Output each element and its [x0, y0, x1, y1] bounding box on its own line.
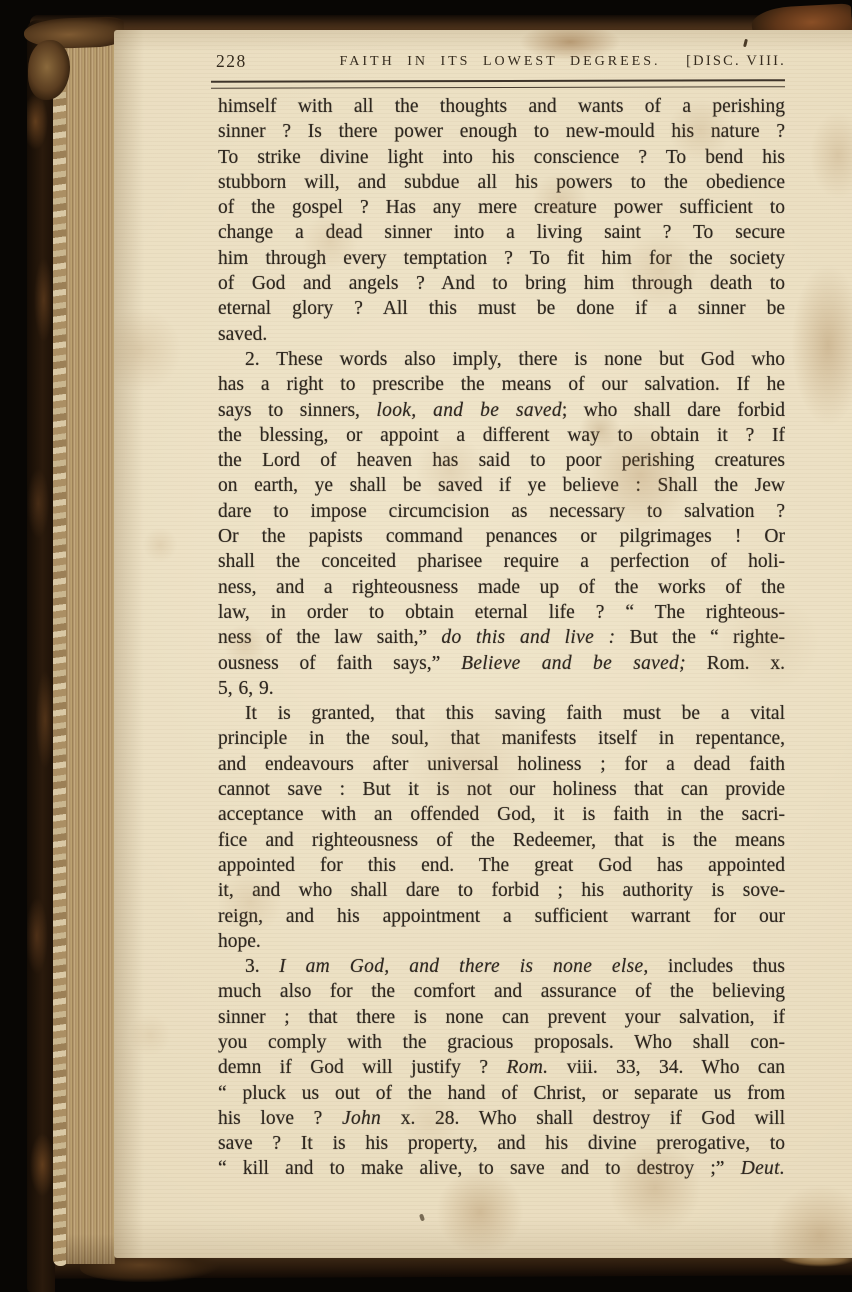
- text-line: stubborn will, and subdue all his powers…: [218, 170, 785, 195]
- text-run: law, in order to obtain eternal life ? “…: [218, 602, 785, 623]
- text-line: has a right to prescribe the means of ou…: [218, 372, 785, 397]
- text-run: of the gospel ? Has any mere creature po…: [218, 197, 785, 218]
- text-line: principle in the soul, that manifests it…: [218, 726, 785, 751]
- text-run: appointed for this end. The great God ha…: [218, 855, 785, 876]
- text-line: sinner ? Is there power enough to new-mo…: [218, 119, 785, 144]
- text-run: and endeavours after universal holiness …: [218, 754, 785, 775]
- text-run: includes thus: [649, 956, 785, 977]
- text-line: “ pluck us out of the hand of Christ, or…: [218, 1081, 785, 1106]
- text-line: 3. I am God, and there is none else, inc…: [218, 954, 785, 979]
- text-run: Or the papists command penances or pilgr…: [218, 526, 785, 547]
- text-line: change a dead sinner into a living saint…: [218, 220, 785, 245]
- text-line: cannot save : But it is not our holiness…: [218, 777, 785, 802]
- page-fore-edge: [66, 26, 115, 1264]
- text-line: 5, 6, 9.: [218, 676, 785, 701]
- text-run: demn if God will justify ?: [218, 1057, 507, 1078]
- text-line: shall the conceited pharisee require a p…: [218, 549, 785, 574]
- text-line: ousness of faith says,” Believe and be s…: [218, 651, 785, 676]
- text-run: himself with all the thoughts and wants …: [218, 96, 785, 117]
- text-run: sinner ? Is there power enough to new-mo…: [218, 121, 785, 142]
- text-line: hope.: [218, 929, 785, 954]
- text-line: of the gospel ? Has any mere creature po…: [218, 195, 785, 220]
- text-run: 5, 6, 9.: [218, 678, 274, 699]
- text-line: save ? It is his property, and his divin…: [218, 1131, 785, 1156]
- text-run: ness of the law saith,”: [218, 627, 441, 648]
- text-line: 2. These words also imply, there is none…: [218, 347, 785, 372]
- text-run: saved.: [218, 324, 267, 345]
- header-rule: [211, 79, 785, 89]
- text-run: To strike divine light into his conscien…: [218, 147, 785, 168]
- text-run: hope.: [218, 931, 261, 952]
- text-run: stubborn will, and subdue all his powers…: [218, 172, 785, 193]
- text-line: it, and who shall dare to forbid ; his a…: [218, 878, 785, 903]
- text-run: cannot save : But it is not our holiness…: [218, 779, 785, 800]
- italic-text-run: John: [342, 1108, 381, 1129]
- page-header: 228 FAITH IN ITS LOWEST DEGREES. [DISC. …: [214, 51, 786, 75]
- text-run: “ pluck us out of the hand of Christ, or…: [218, 1083, 785, 1104]
- text-run: x. 28. Who shall destroy if God will: [381, 1108, 785, 1129]
- text-line: ness of the law saith,” do this and live…: [218, 625, 785, 650]
- text-run: his love ?: [218, 1108, 342, 1129]
- text-run: the Lord of heaven has said to poor peri…: [218, 450, 785, 471]
- text-line: sinner ; that there is none can prevent …: [218, 1005, 785, 1030]
- book-spine-leather: [27, 20, 55, 1292]
- text-line: on earth, ye shall be saved if ye believ…: [218, 473, 785, 498]
- text-run: viii. 33, 34. Who can: [548, 1057, 785, 1078]
- text-line: much also for the comfort and assurance …: [218, 979, 785, 1004]
- text-run: dare to impose circumcision as necessary…: [218, 501, 785, 522]
- text-line: eternal glory ? All this must be done if…: [218, 296, 785, 321]
- section-label: [DISC. VIII.: [686, 53, 786, 70]
- text-line: saved.: [218, 322, 785, 347]
- text-run: save ? It is his property, and his divin…: [218, 1133, 785, 1154]
- text-run: reign, and his appointment a sufficient …: [218, 906, 785, 927]
- text-line: of God and angels ? And to bring him thr…: [218, 271, 785, 296]
- page-number: 228: [216, 51, 247, 72]
- text-run: it, and who shall dare to forbid ; his a…: [218, 880, 785, 901]
- text-line: law, in order to obtain eternal life ? “…: [218, 600, 785, 625]
- text-line: “ kill and to make alive, to save and to…: [218, 1156, 785, 1181]
- text-run: change a dead sinner into a living saint…: [218, 222, 785, 243]
- text-run: the blessing, or appoint a different way…: [218, 425, 785, 446]
- italic-text-run: Rom.: [507, 1057, 549, 1078]
- ink-speck: [419, 1214, 425, 1222]
- text-line: Or the papists command penances or pilgr…: [218, 524, 785, 549]
- text-line: demn if God will justify ? Rom. viii. 33…: [218, 1055, 785, 1080]
- text-run: 2. These words also imply, there is none…: [245, 349, 785, 370]
- italic-text-run: look, and be saved: [376, 400, 561, 421]
- text-run: eternal glory ? All this must be done if…: [218, 298, 785, 319]
- text-run: him through every temptation ? To fit hi…: [218, 248, 785, 269]
- text-run: ousness of faith says,”: [218, 653, 461, 674]
- text-line: and endeavours after universal holiness …: [218, 752, 785, 777]
- text-run: 3.: [245, 956, 279, 977]
- book-page: 228 FAITH IN ITS LOWEST DEGREES. [DISC. …: [114, 30, 852, 1258]
- text-line: him through every temptation ? To fit hi…: [218, 246, 785, 271]
- text-run: of God and angels ? And to bring him thr…: [218, 273, 785, 294]
- text-run: It is granted, that this saving faith mu…: [245, 703, 785, 724]
- text-line: himself with all the thoughts and wants …: [218, 94, 785, 119]
- text-run: ness, and a righteousness made up of the…: [218, 577, 785, 598]
- text-line: To strike divine light into his conscien…: [218, 145, 785, 170]
- text-run: says to sinners,: [218, 400, 376, 421]
- text-run: Rom. x.: [686, 653, 785, 674]
- text-run: much also for the comfort and assurance …: [218, 981, 785, 1002]
- text-run: But the “ righte-: [615, 627, 785, 648]
- text-line: you comply with the gracious proposals. …: [218, 1030, 785, 1055]
- running-title: FAITH IN ITS LOWEST DEGREES.: [340, 54, 661, 70]
- text-line: fice and righteousness of the Redeemer, …: [218, 828, 785, 853]
- text-run: on earth, ye shall be saved if ye believ…: [218, 475, 785, 496]
- text-line: reign, and his appointment a sufficient …: [218, 904, 785, 929]
- italic-text-run: I am God, and there is none else,: [279, 956, 649, 977]
- text-run: ; who shall dare forbid: [562, 400, 785, 421]
- italic-text-run: Deut.: [741, 1158, 785, 1179]
- text-run: acceptance with an offended God, it is f…: [218, 804, 785, 825]
- text-line: the blessing, or appoint a different way…: [218, 423, 785, 448]
- text-line: says to sinners, look, and be saved; who…: [218, 398, 785, 423]
- body-text: himself with all the thoughts and wants …: [218, 94, 785, 1182]
- text-run: sinner ; that there is none can prevent …: [218, 1007, 785, 1028]
- text-line: dare to impose circumcision as necessary…: [218, 499, 785, 524]
- text-line: acceptance with an offended God, it is f…: [218, 802, 785, 827]
- text-line: It is granted, that this saving faith mu…: [218, 701, 785, 726]
- text-run: shall the conceited pharisee require a p…: [218, 551, 785, 572]
- text-run: has a right to prescribe the means of ou…: [218, 374, 785, 395]
- text-run: fice and righteousness of the Redeemer, …: [218, 830, 785, 851]
- text-line: his love ? John x. 28. Who shall destroy…: [218, 1106, 785, 1131]
- italic-text-run: Believe and be saved;: [461, 653, 686, 674]
- text-line: the Lord of heaven has said to poor peri…: [218, 448, 785, 473]
- photo-background: { "colors": { "paper": "#e9dcbe", "ink":…: [0, 0, 852, 1292]
- text-run: principle in the soul, that manifests it…: [218, 728, 785, 749]
- text-line: appointed for this end. The great God ha…: [218, 853, 785, 878]
- ink-speck: [743, 39, 748, 47]
- text-run: “ kill and to make alive, to save and to…: [218, 1158, 741, 1179]
- text-run: you comply with the gracious proposals. …: [218, 1032, 785, 1053]
- italic-text-run: do this and live :: [441, 627, 615, 648]
- text-line: ness, and a righteousness made up of the…: [218, 575, 785, 600]
